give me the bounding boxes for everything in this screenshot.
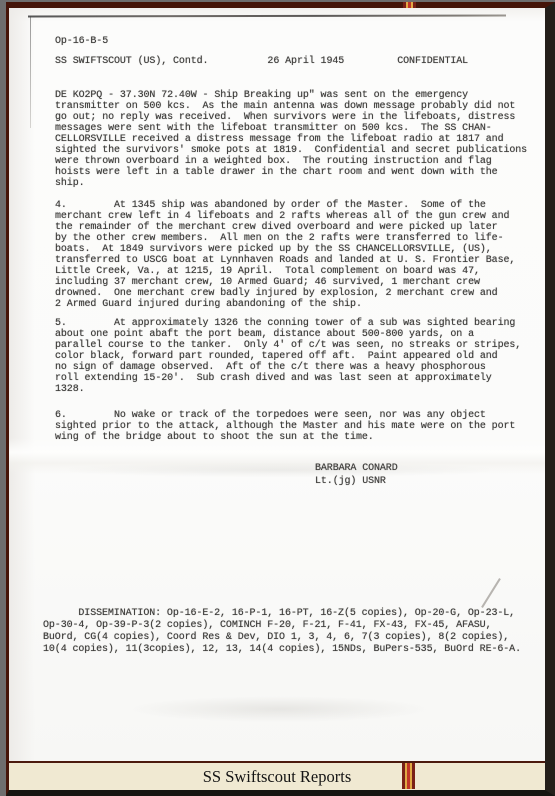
signature-block: BARBARA CONARD Lt.(jg) USNR xyxy=(315,462,398,488)
paragraph-3-continuation: DE KO2PQ - 37.30N 72.40W - Ship Breaking… xyxy=(55,90,527,189)
ribbon-stripe xyxy=(412,763,415,789)
file-number-line: Op-16-B-5 xyxy=(55,36,108,47)
paragraph-4: 4. At 1345 ship was abandoned by order o… xyxy=(55,200,515,310)
scanned-document-page: Op-16-B-5SS SWIFTSCOUT (US), Contd. 26 A… xyxy=(9,8,545,761)
paper-smudge-bottom xyxy=(129,696,429,722)
report-viewer-frame: Op-16-B-5SS SWIFTSCOUT (US), Contd. 26 A… xyxy=(6,2,555,796)
header-line: SS SWIFTSCOUT (US), Contd. 26 April 1945… xyxy=(55,56,468,67)
caption-text: SS Swiftscout Reports xyxy=(203,767,352,787)
pencil-mark xyxy=(481,578,501,608)
paper-smudge-middle xyxy=(69,463,489,477)
bookmark-ribbon-icon xyxy=(402,763,415,789)
caption-bar: SS Swiftscout Reports xyxy=(9,761,545,790)
ribbon-stripe xyxy=(413,2,416,8)
dissemination-block: DISSEMINATION: Op-16-E-2, 16-P-1, 16-PT,… xyxy=(43,608,521,656)
paragraph-5: 5. At approximately 1326 the conning tow… xyxy=(55,318,521,395)
scan-edge-line-top xyxy=(28,14,506,17)
paragraph-6: 6. No wake or track of the torpedoes wer… xyxy=(55,410,515,443)
scan-edge-line-left xyxy=(30,16,31,128)
bookmark-ribbon-top-icon xyxy=(403,2,416,8)
page: { "window": { "caption": "SS Swiftscout … xyxy=(0,0,555,796)
